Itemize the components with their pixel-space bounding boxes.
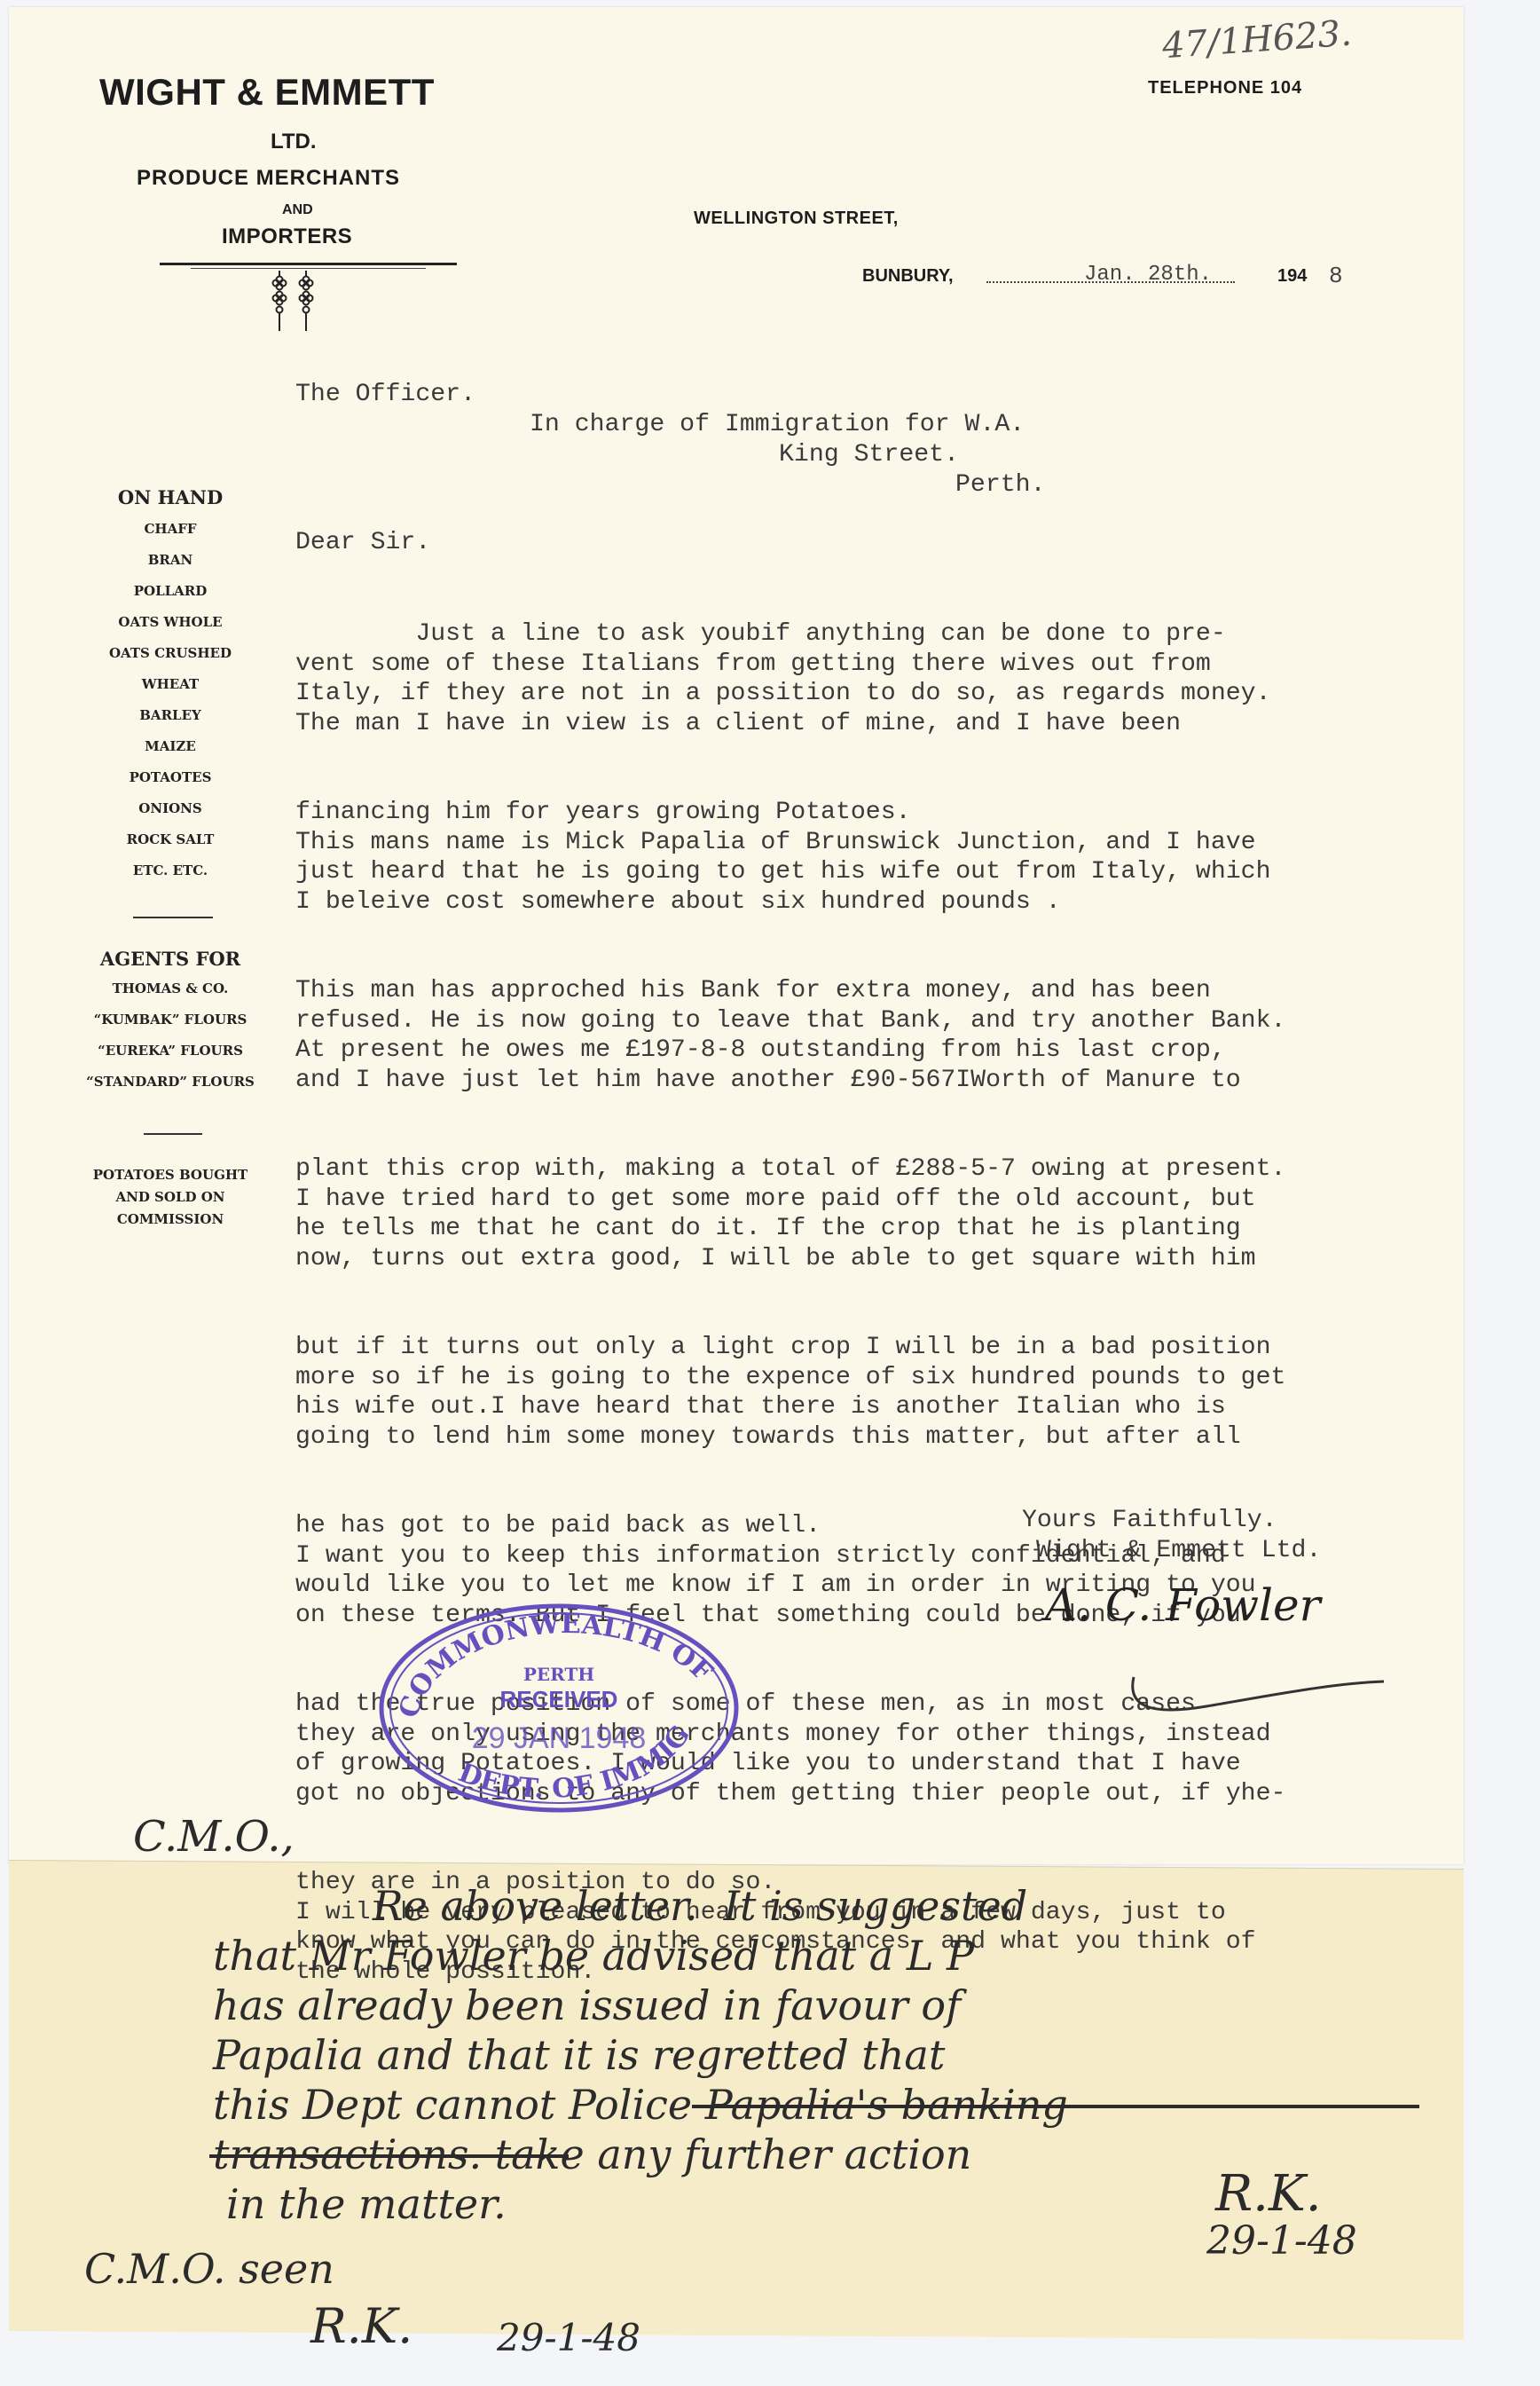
agents-heading: AGENTS FOR [64,948,277,970]
letterhead-rule [160,263,457,265]
received-stamp: COMMONWEALTH OF AUSTRALIA DEPT. OF IMMIG… [373,1597,745,1819]
annotation-line: has already been issued in favour of [213,1980,961,2030]
stamp-city: PERTH [373,1664,745,1685]
sidebar-divider [144,1133,202,1135]
sidebar-commission: POTATOES BOUGHT AND SOLD ON COMMISSION [64,1164,277,1231]
annotation-line: Papalia and that it is regretted that [213,2030,945,2080]
letterhead-line2: AND [282,202,313,218]
agent-item: THOMAS & CO. [64,973,277,1004]
letterhead-rule-thin [191,268,426,269]
address-line: King Street. [779,440,959,470]
on-hand-item: MAIZE [64,731,277,762]
sidebar-on-hand: ON HAND CHAFF BRAN POLLARD OATS WHOLE OA… [64,486,277,886]
on-hand-item: BRAN [64,545,277,576]
seen-initials: R.K. [310,2298,412,2354]
on-hand-item: POTAOTES [64,762,277,793]
strikethrough-line [692,2105,1419,2108]
annotation-line: in the matter. [226,2179,507,2229]
address-line: Perth. [955,470,1046,500]
sidebar-agents: AGENTS FOR THOMAS & CO. “KUMBAK” FLOURS … [64,948,277,1098]
telephone: TELEPHONE 104 [1148,78,1302,98]
agent-item: “EUREKA” FLOURS [64,1036,277,1067]
stamp-status: RECEIVED [373,1686,745,1713]
letter-date: Jan. 28th. [1084,263,1212,287]
on-hand-item: POLLARD [64,576,277,607]
annotation-initials: R.K. [1215,2165,1322,2223]
address-line: The Officer. [295,380,475,410]
on-hand-item: ETC. ETC. [64,855,277,886]
agent-item: “STANDARD” FLOURS [64,1067,277,1098]
agent-item: “KUMBAK” FLOURS [64,1004,277,1036]
seen-date: 29-1-48 [497,2316,640,2359]
annotation-addressee: C.M.O., [133,1812,295,1862]
on-hand-item: BARLEY [64,700,277,731]
letterhead-line1: PRODUCE MERCHANTS [137,166,400,191]
stamp-date: 29 JAN 1948 [373,1721,745,1756]
on-hand-item: ONIONS [64,793,277,824]
signature: A. C. Fowler [1045,1579,1321,1631]
signatory-company: Wight & Emmett Ltd. [1036,1536,1321,1566]
salutation: Dear Sir. [295,528,430,558]
sidebar-divider [133,917,213,918]
on-hand-item: CHAFF [64,514,277,545]
year-prefix: 194 [1277,266,1307,287]
town: BUNBURY, [862,266,954,287]
annotation-line: Re above letter. It is suggested [373,1881,1027,1931]
on-hand-item: OATS CRUSHED [64,638,277,669]
company-ltd: LTD. [271,130,317,154]
street-address: WELLINGTON STREET, [694,209,899,229]
strikethrough-line [209,2154,569,2158]
letterhead-line3: IMPORTERS [222,224,352,249]
annotation-date: 29-1-48 [1206,2218,1357,2264]
address-line: In charge of Immigration for W.A. [530,410,1025,440]
seen-note: C.M.O. seen [84,2245,334,2293]
on-hand-item: OATS WHOLE [64,607,277,638]
on-hand-heading: ON HAND [64,486,277,508]
on-hand-item: WHEAT [64,669,277,700]
annotation-line: that Mr Fowler be advised that a L P [213,1931,974,1980]
chain-ornament-icon [266,271,319,333]
on-hand-item: ROCK SALT [64,824,277,855]
signature-flourish-icon [1127,1673,1393,1726]
company-name: WIGHT & EMMETT [99,71,435,114]
closing: Yours Faithfully. [1022,1506,1277,1536]
year-digit: 8 [1329,263,1343,289]
